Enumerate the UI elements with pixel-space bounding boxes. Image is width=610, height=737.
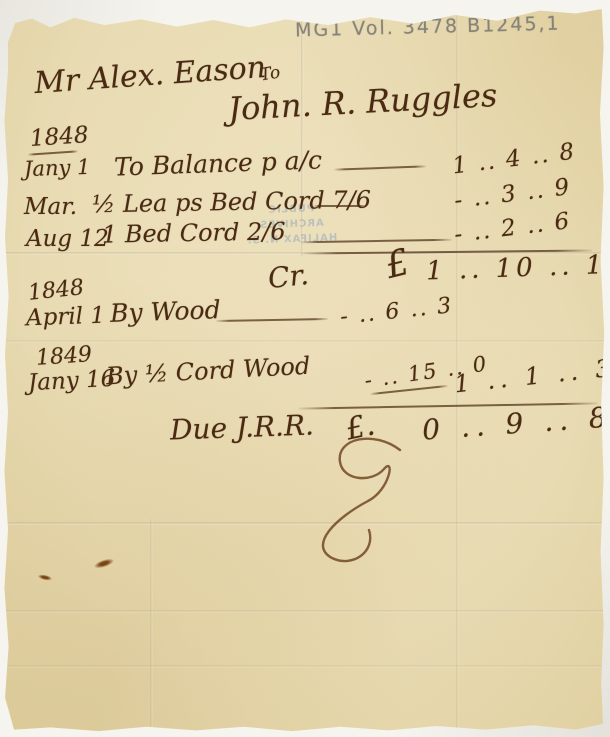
debit-total-amount: 1 .. 10 .. 11 bbox=[426, 250, 610, 287]
credit-row-date: Jany 16 bbox=[27, 366, 116, 397]
debit-row-amount: - .. 2 .. 6 bbox=[453, 208, 573, 248]
scanned-receipt-page: { "colors": { "paper": "#e9dcb4", "ink":… bbox=[0, 0, 610, 737]
document-paper: PUBLIC ARCHIVES HALIFAX N. S. MG1 Vol. 3… bbox=[2, 4, 606, 734]
balance-label: Due J.R.R. bbox=[169, 408, 314, 446]
credit-row-description: By Wood bbox=[110, 295, 221, 328]
account-connector: To bbox=[258, 62, 281, 85]
ink-dash bbox=[334, 165, 426, 170]
ink-speck bbox=[93, 557, 114, 570]
credit-row-description: By ½ Cord Wood bbox=[105, 352, 310, 391]
archival-annotation: MG1 Vol. 3478 B1245,1 bbox=[295, 13, 561, 42]
credit-label: Cr. bbox=[266, 258, 310, 295]
ink-speck bbox=[38, 574, 53, 582]
debit-row-date: Aug 12 bbox=[26, 226, 109, 252]
balance-currency: £. bbox=[343, 407, 378, 447]
horizontal-crease bbox=[2, 340, 606, 343]
ink-dash bbox=[314, 205, 366, 207]
horizontal-crease bbox=[2, 610, 606, 613]
balance-amount: 0 .. 9 .. 8 bbox=[421, 400, 610, 446]
debit-row-description: ½ Lea ps Bed Cord 7/6 bbox=[92, 186, 371, 219]
debit-total-currency: £ bbox=[381, 242, 413, 287]
debit-row-date: Jany 1 bbox=[24, 155, 91, 181]
horizontal-crease bbox=[2, 522, 606, 525]
credit-year: 1848 bbox=[27, 275, 85, 306]
credit-row-amount: - .. 6 .. 3 bbox=[339, 293, 454, 330]
credit-row-date: April 1 bbox=[26, 303, 106, 332]
debit-row-description: 1 Bed Cord 2/6 bbox=[102, 217, 286, 248]
vertical-crease bbox=[150, 519, 153, 734]
debit-row-amount: 1 .. 4 .. 8 bbox=[451, 139, 578, 180]
debit-year: 1848 bbox=[29, 122, 89, 152]
horizontal-crease bbox=[2, 665, 606, 668]
debit-row-description: To Balance p a/c bbox=[114, 145, 323, 181]
debit-row-amount: - .. 3 .. 9 bbox=[453, 174, 573, 214]
debit-row-date: Mar. bbox=[24, 194, 77, 220]
ink-dash bbox=[216, 318, 328, 322]
